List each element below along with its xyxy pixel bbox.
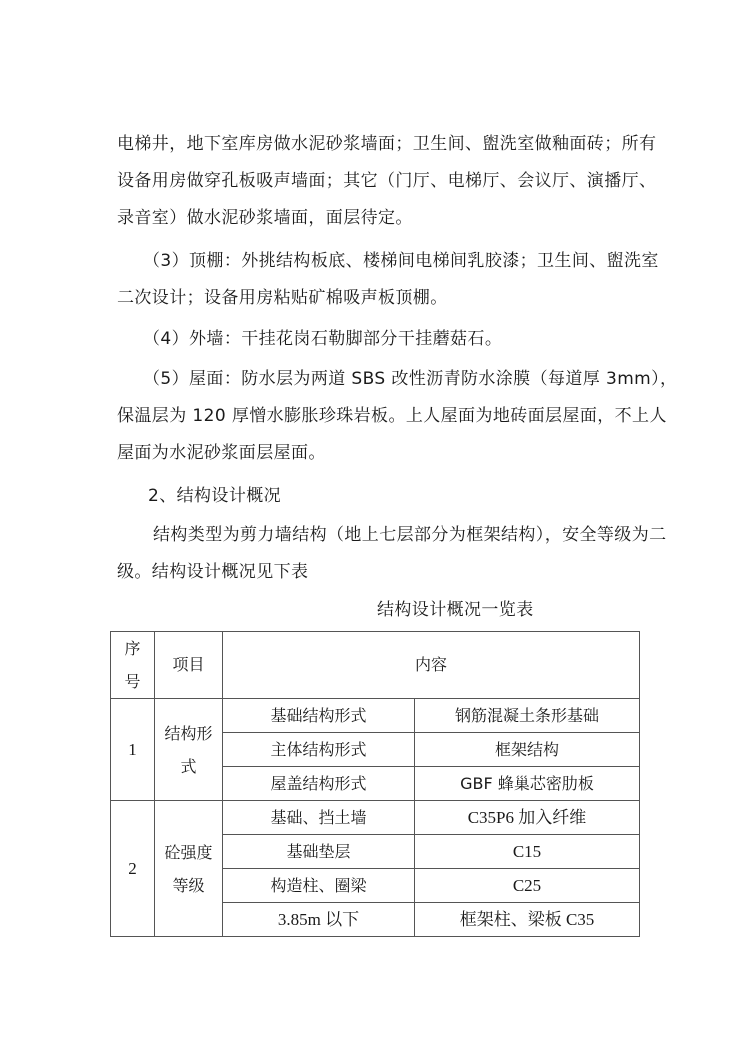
text-line: 二次设计；设备用房粘贴矿棉吸声板顶棚。 bbox=[117, 280, 665, 317]
paragraph-ceiling: （3）顶棚：外挑结构板底、楼梯间电梯间乳胶漆；卫生间、盥洗室 二次设计；设备用房… bbox=[117, 243, 665, 317]
group-item: 结构形 式 bbox=[155, 699, 223, 801]
header-seq: 序 号 bbox=[111, 632, 155, 699]
paragraph-walls: 电梯井，地下室库房做水泥砂浆墙面；卫生间、盥洗室做釉面砖；所有 设备用房做穿孔板… bbox=[117, 126, 665, 237]
table-header-row: 序 号 项目 内容 bbox=[111, 632, 640, 699]
group-seq: 2 bbox=[111, 801, 155, 937]
group-item-line1: 砼强度 bbox=[164, 836, 212, 869]
row-name: 基础垫层 bbox=[223, 835, 415, 869]
paragraph-structure-intro: 结构类型为剪力墙结构（地上七层部分为框架结构），安全等级为二 级。结构设计概况见… bbox=[117, 517, 665, 591]
group-item-line2: 式 bbox=[180, 750, 196, 783]
row-name: 基础结构形式 bbox=[223, 699, 415, 733]
text-line: 结构类型为剪力墙结构（地上七层部分为框架结构），安全等级为二 bbox=[117, 517, 665, 554]
heading-text: 2、结构设计概况 bbox=[117, 478, 665, 515]
text-line: 录音室）做水泥砂浆墙面，面层待定。 bbox=[117, 200, 665, 237]
group-seq: 1 bbox=[111, 699, 155, 801]
structure-table: 序 号 项目 内容 1 结构形 式 基础结构形式 钢筋混凝土条形基础 主体结构形… bbox=[110, 631, 640, 937]
paragraph-roof: （5）屋面：防水层为两道 SBS 改性沥青防水涂膜（每道厚 3mm）， 保温层为… bbox=[117, 361, 665, 472]
group-item-line2: 等级 bbox=[172, 869, 204, 902]
section-heading: 2、结构设计概况 bbox=[117, 478, 665, 515]
header-seq-line1: 序 bbox=[124, 632, 140, 665]
row-name: 构造柱、圈梁 bbox=[223, 869, 415, 903]
row-value: 框架柱、梁板 C35 bbox=[415, 903, 640, 937]
header-item: 项目 bbox=[155, 632, 223, 699]
text-line: （4）外墙：干挂花岗石勒脚部分干挂蘑菇石。 bbox=[117, 321, 665, 358]
paragraph-exterior-wall: （4）外墙：干挂花岗石勒脚部分干挂蘑菇石。 bbox=[117, 321, 665, 358]
group-item: 砼强度 等级 bbox=[155, 801, 223, 937]
text-line: （3）顶棚：外挑结构板底、楼梯间电梯间乳胶漆；卫生间、盥洗室 bbox=[117, 243, 665, 280]
row-name: 屋盖结构形式 bbox=[223, 767, 415, 801]
group-item-line1: 结构形 bbox=[164, 717, 212, 750]
row-value: 框架结构 bbox=[415, 733, 640, 767]
document-page: 电梯井，地下室库房做水泥砂浆墙面；卫生间、盥洗室做釉面砖；所有 设备用房做穿孔板… bbox=[0, 0, 744, 1052]
text-line: 设备用房做穿孔板吸声墙面；其它（门厅、电梯厅、会议厅、演播厅、 bbox=[117, 163, 665, 200]
header-seq-line2: 号 bbox=[124, 665, 140, 698]
table-row: 1 结构形 式 基础结构形式 钢筋混凝土条形基础 bbox=[111, 699, 640, 733]
text-line: （5）屋面：防水层为两道 SBS 改性沥青防水涂膜（每道厚 3mm）， bbox=[117, 361, 665, 398]
row-value: C15 bbox=[415, 835, 640, 869]
table-row: 2 砼强度 等级 基础、挡土墙 C35P6 加入纤维 bbox=[111, 801, 640, 835]
row-name: 基础、挡土墙 bbox=[223, 801, 415, 835]
row-name: 主体结构形式 bbox=[223, 733, 415, 767]
row-value: C25 bbox=[415, 869, 640, 903]
table-caption: 结构设计概况一览表 bbox=[377, 597, 534, 623]
text-line: 保温层为 120 厚憎水膨胀珍珠岩板。上人屋面为地砖面层屋面，不上人 bbox=[117, 398, 665, 435]
text-line: 电梯井，地下室库房做水泥砂浆墙面；卫生间、盥洗室做釉面砖；所有 bbox=[117, 126, 665, 163]
row-name: 3.85m 以下 bbox=[223, 903, 415, 937]
row-value: GBF 蜂巢芯密肋板 bbox=[415, 767, 640, 801]
row-value: 钢筋混凝土条形基础 bbox=[415, 699, 640, 733]
text-line: 级。结构设计概况见下表 bbox=[117, 554, 665, 591]
text-line: 屋面为水泥砂浆面层屋面。 bbox=[117, 435, 665, 472]
header-content: 内容 bbox=[223, 632, 640, 699]
row-value: C35P6 加入纤维 bbox=[415, 801, 640, 835]
